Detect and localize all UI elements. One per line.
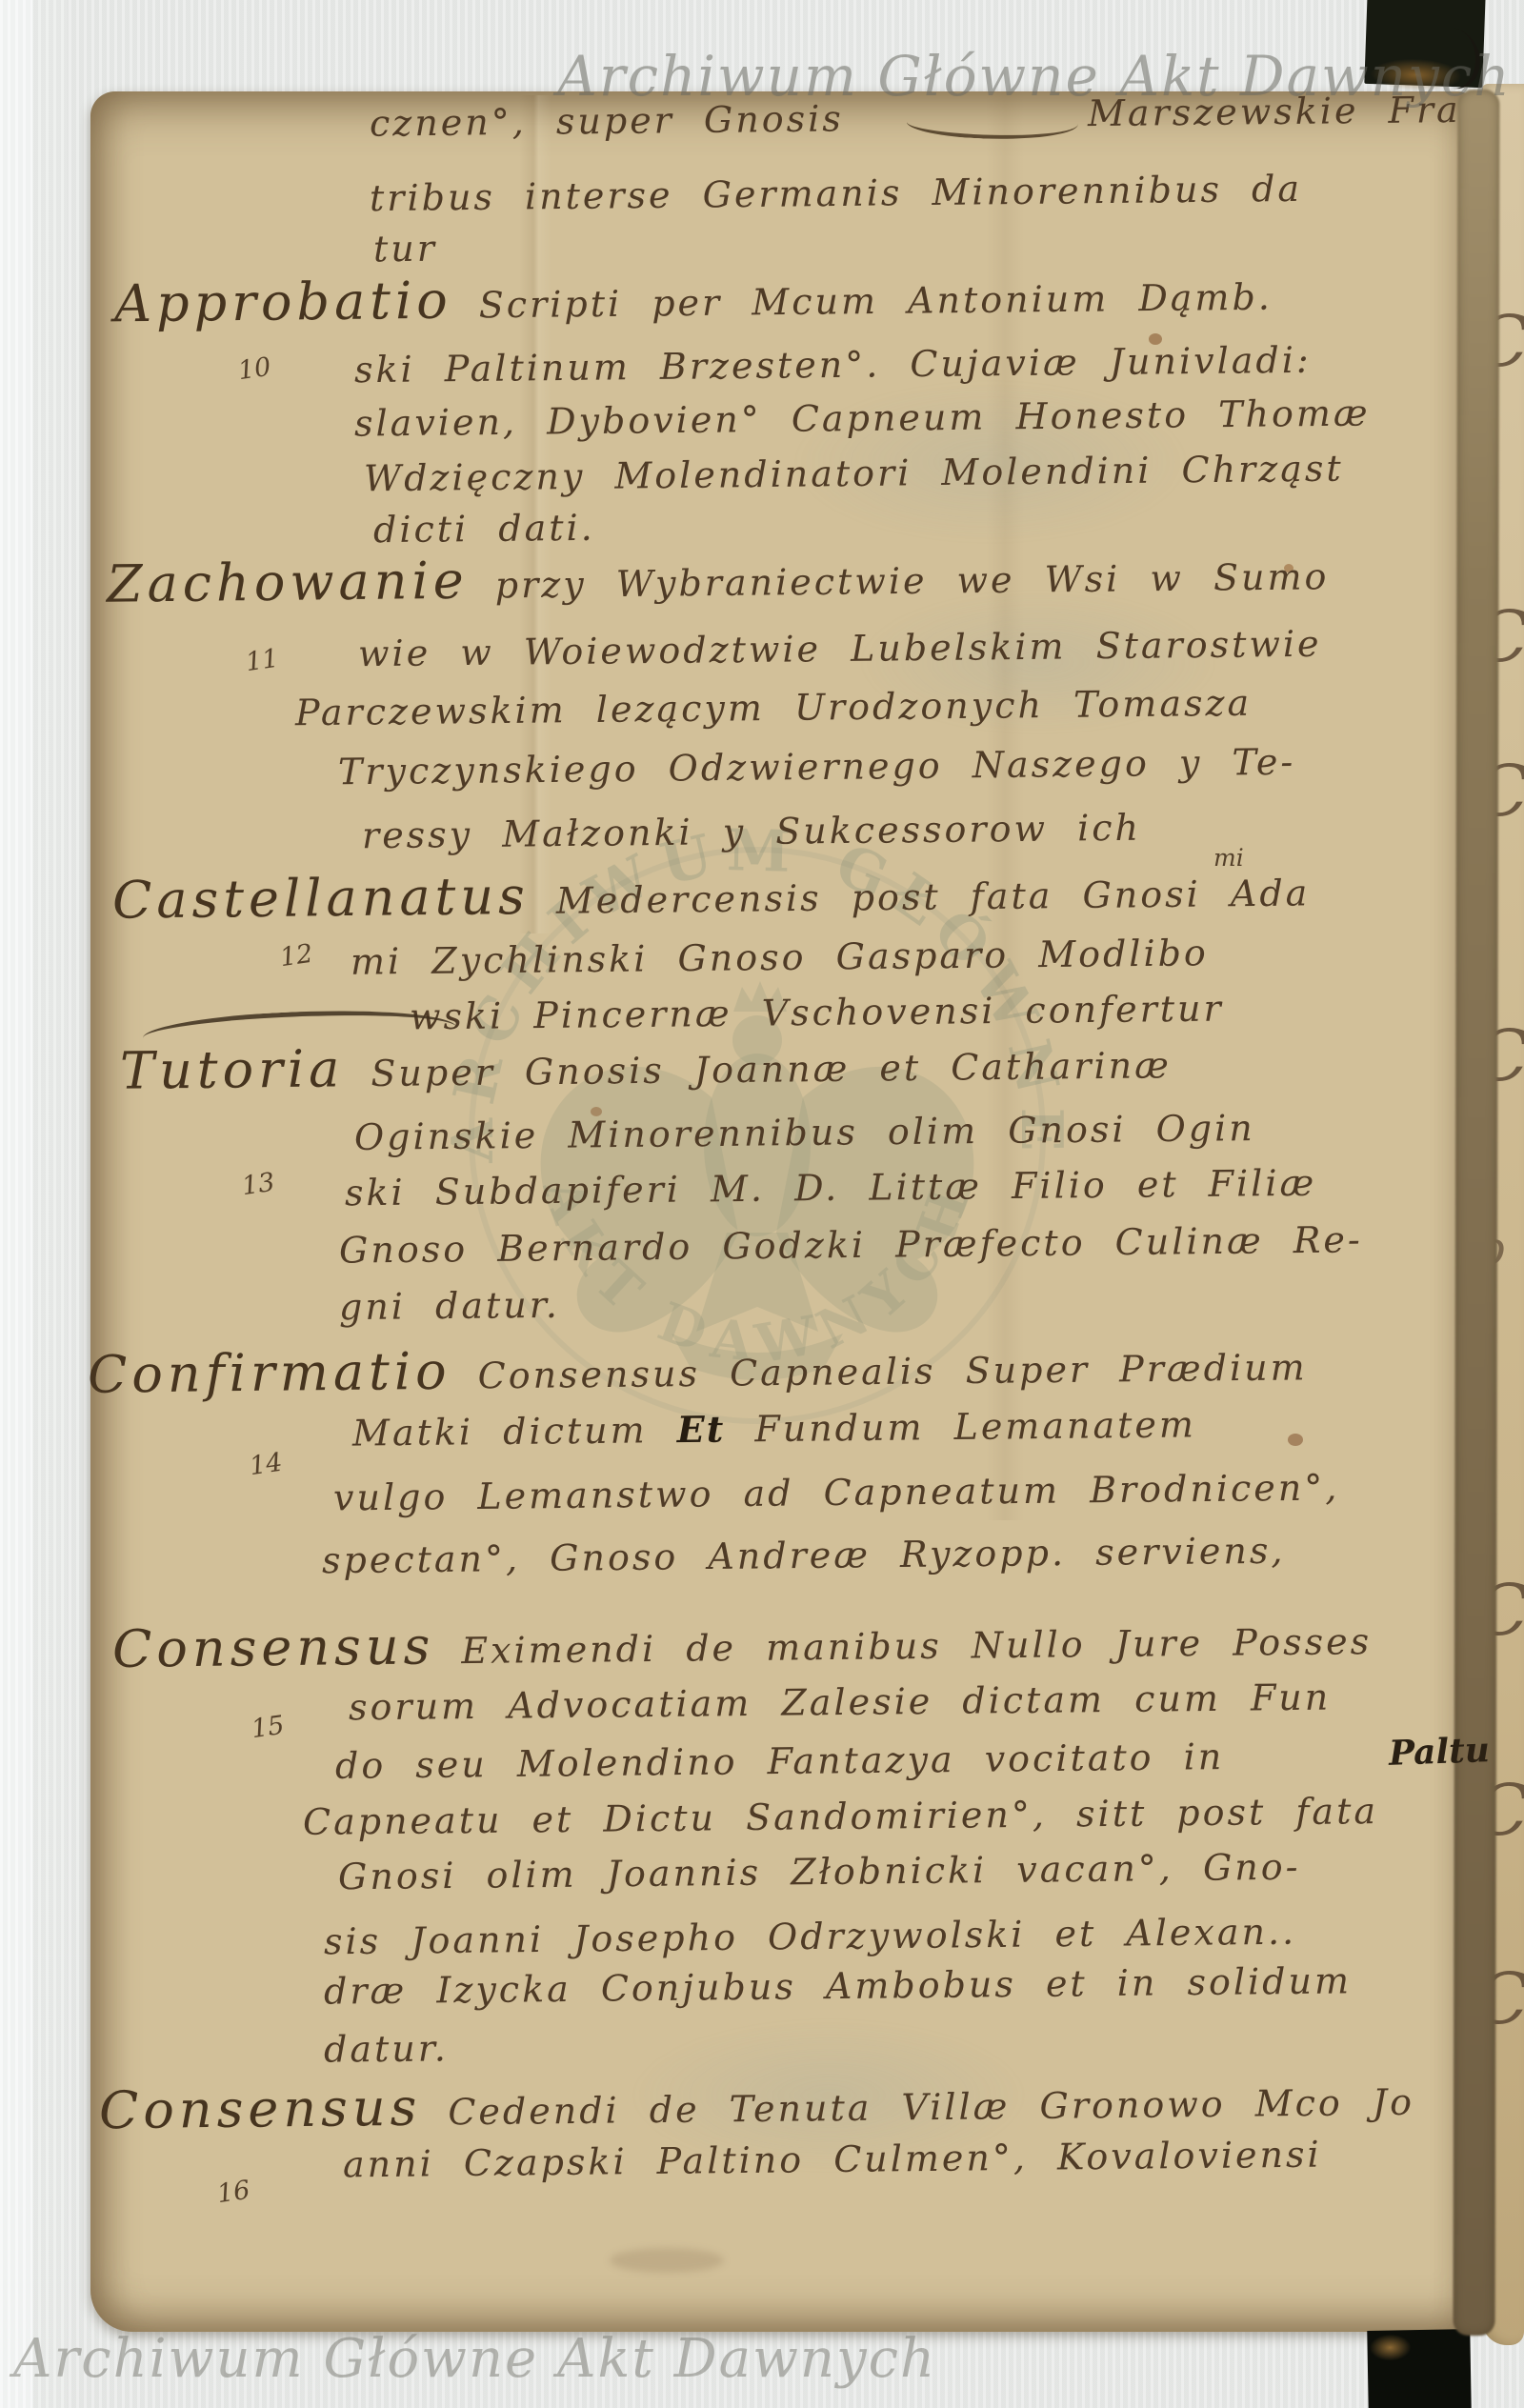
intro-line-1-right: Marszewskie Fra: — [1088, 90, 1476, 135]
intro-line-3: tur — [373, 229, 437, 271]
entry-11-first-rest: przy Wybraniectwie we Wsi w Sumo — [495, 555, 1330, 606]
entry-15-line-8: datur. — [324, 2028, 449, 2071]
entry-10-number: 10 — [236, 352, 272, 386]
entry-12-number: 12 — [278, 939, 314, 973]
entry-14-line-2-post: Fundum Lemanatem — [754, 1403, 1196, 1450]
entry-11-heading: Zachowanie — [107, 551, 469, 614]
entry-13-line-5: gni datur. — [339, 1285, 560, 1329]
entry-13-first-line: TutoriaSuper Gnosis Joannæ et Catharinæ — [120, 1031, 1172, 1101]
intro-line-1-left: cznen°, super Gnosis — [370, 98, 844, 145]
entry-14-line-2: Matki dictum Et Fundum Lemanatem — [352, 1403, 1196, 1455]
entry-15-margin-insertion: Paltu — [1388, 1730, 1490, 1774]
archive-watermark-bottom: Archiwum Główne Akt Dawnych — [13, 2328, 936, 2390]
entry-12-superscript: mi — [1213, 844, 1244, 872]
entry-12-first-line: CastellanatusMedercensis post fata Gnosi… — [112, 858, 1311, 930]
entry-13-number: 13 — [240, 1168, 276, 1201]
entry-16-first-rest: Cedendi de Tenuta Villæ Gronowo Mco Jo — [448, 2081, 1414, 2134]
entry-15-number: 15 — [250, 1711, 286, 1744]
entry-11-number: 11 — [244, 644, 280, 677]
entry-10-first-rest: Scripti per Mcum Antonium Dąmb. — [479, 276, 1273, 327]
entry-10-first-line: ApprobatioScripti per Mcum Antonium Dąmb… — [114, 263, 1273, 334]
entry-14-line-2-pre: Matki dictum — [352, 1409, 648, 1454]
entry-14-first-rest: Consensus Capnealis Super Prædium — [477, 1346, 1307, 1396]
entry-15-first-rest: Eximendi de manibus Nullo Jure Posses — [461, 1620, 1372, 1672]
entry-14-number: 14 — [248, 1448, 284, 1481]
entry-13-first-rest: Super Gnosis Joannæ et Catharinæ — [371, 1044, 1172, 1094]
entry-14-line-2-bold: Et — [676, 1408, 725, 1452]
entry-11-line-5: ressy Małzonki y Sukcessorow ich — [362, 808, 1141, 857]
entry-14-heading: Confirmatio — [88, 1341, 451, 1405]
entry-15-heading: Consensus — [112, 1615, 435, 1679]
binding-gutter-shadow — [1454, 90, 1500, 2336]
entry-16-number: 16 — [215, 2176, 251, 2209]
entry-10-heading: Approbatio — [114, 271, 452, 334]
entry-12-heading: Castellanatus — [112, 866, 530, 931]
entry-10-line-5: dicti dati. — [373, 508, 595, 552]
entry-16-heading: Consensus — [99, 2077, 422, 2141]
entry-13-heading: Tutoria — [120, 1038, 345, 1100]
binding-tape-bottom — [1367, 2329, 1471, 2408]
scanned-manuscript-page: ARCHIWUM GŁÓWNE AKT DAWNYCH C C C C p C … — [0, 0, 1524, 2408]
entry-12-first-rest: Medercensis post fata Gnosi Ada — [556, 872, 1311, 921]
